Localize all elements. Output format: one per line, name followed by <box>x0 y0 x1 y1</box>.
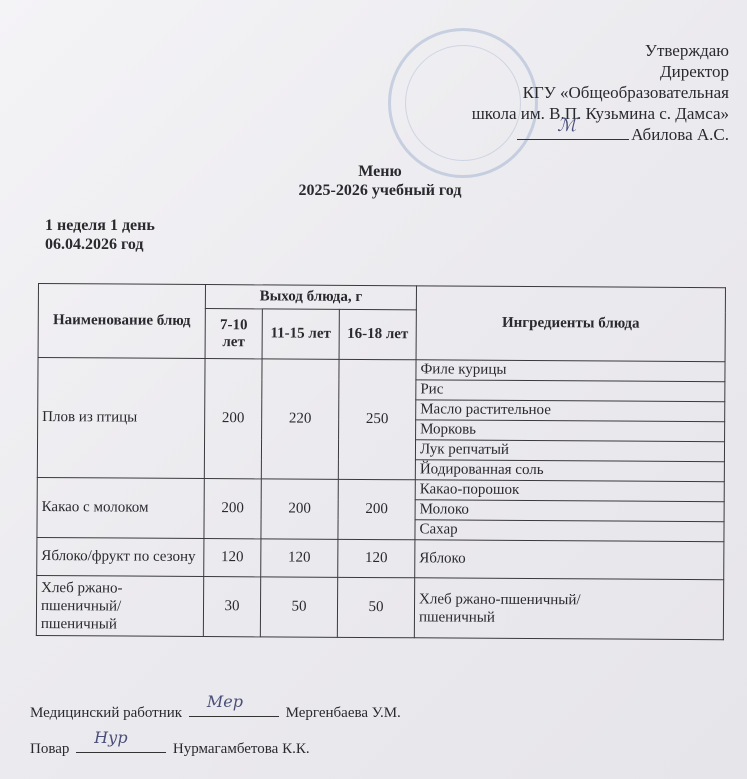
table-row: Хлеб ржано-пшеничный/ пшеничный 30 50 50… <box>36 575 723 639</box>
medic-signature-row: Медицинский работник Мер Мергенбаева У.М… <box>30 704 401 722</box>
yield-11-15: 50 <box>260 577 337 637</box>
yield-7-10: 200 <box>204 359 262 479</box>
approval-line: Директор <box>472 61 729 82</box>
dish-name: Яблоко/фрукт по сезону <box>37 537 204 576</box>
cook-signature-row: Повар Нур Нурмагамбетова К.К. <box>30 740 310 758</box>
ingredient: Рис <box>416 380 725 402</box>
approval-line: школа им. В.П. Кузьмина с. Дамса» <box>472 103 729 124</box>
approval-line: Утверждаю <box>472 40 729 61</box>
cook-role: Повар <box>30 741 69 757</box>
signature-line: Мер <box>189 704 279 717</box>
cook-signature: Нур <box>94 728 127 747</box>
yield-11-15: 120 <box>261 539 338 577</box>
yield-11-15: 200 <box>261 479 338 539</box>
yield-11-15: 220 <box>261 359 339 479</box>
ingredient: Яблоко <box>415 540 724 580</box>
medic-signature: Мер <box>207 692 243 711</box>
ingredient: Лук репчатый <box>415 440 724 462</box>
menu-date: 06.04.2026 год <box>45 235 155 254</box>
ingredient: Хлеб ржано-пшеничный/ пшеничный <box>414 578 723 640</box>
table-row: Плов из птицы 200 220 250 Филе курицы <box>38 358 725 382</box>
signature-line: Нур <box>76 740 166 753</box>
ingredient: Филе курицы <box>416 360 725 382</box>
ingredient: Сахар <box>415 520 724 542</box>
medic-role: Медицинский работник <box>30 705 182 721</box>
table-row: Какао с молоком 200 200 200 Какао-порошо… <box>37 477 724 501</box>
approval-signature-row: ℳАбилова А.С. <box>472 124 729 145</box>
ingredient: Йодированная соль <box>415 460 724 482</box>
yield-16-18: 120 <box>338 539 415 577</box>
signature-line: ℳ <box>517 125 629 140</box>
header-ingredients: Ингредиенты блюда <box>416 286 725 362</box>
cook-name: Нурмагамбетова К.К. <box>173 741 310 757</box>
ingredient: Морковь <box>416 420 725 442</box>
header-yield: Выход блюда, г <box>205 285 416 310</box>
header-age-7-10: 7-10 лет <box>205 309 262 359</box>
yield-7-10: 200 <box>204 479 261 539</box>
yield-16-18: 50 <box>337 577 414 637</box>
medic-name: Мергенбаева У.М. <box>286 705 401 721</box>
menu-table: Наименование блюд Выход блюда, г Ингреди… <box>36 283 726 640</box>
title-menu: Меню <box>240 162 520 181</box>
ingredient-text: Хлеб ржано-пшеничный/ пшеничный <box>419 590 619 627</box>
ingredient: Масло растительное <box>416 400 725 422</box>
yield-7-10: 30 <box>203 577 260 637</box>
dish-name: Плов из птицы <box>37 358 205 479</box>
table-row: Яблоко/фрукт по сезону 120 120 120 Яблок… <box>37 537 724 579</box>
document-title: Меню 2025-2026 учебный год <box>240 162 520 200</box>
period-block: 1 неделя 1 день 06.04.2026 год <box>45 216 155 254</box>
ingredient: Какао-порошок <box>415 480 724 502</box>
header-age-16-18: 16-18 лет <box>339 309 416 359</box>
yield-7-10: 120 <box>204 539 261 577</box>
director-name: Абилова А.С. <box>631 125 729 144</box>
approval-block: Утверждаю Директор КГУ «Общеобразователь… <box>472 40 729 145</box>
yield-16-18: 250 <box>338 359 416 479</box>
approval-line: КГУ «Общеобразовательная <box>472 82 729 103</box>
header-dish-name: Наименование блюд <box>38 284 205 359</box>
dish-name: Какао с молоком <box>37 477 204 538</box>
director-signature: ℳ <box>557 115 576 136</box>
dish-name: Хлеб ржано-пшеничный/ пшеничный <box>36 575 203 636</box>
dish-name-text: Хлеб ржано-пшеничный/ пшеничный <box>41 579 136 634</box>
week-day: 1 неделя 1 день <box>45 216 155 235</box>
yield-16-18: 200 <box>338 479 415 539</box>
title-year: 2025-2026 учебный год <box>240 181 520 200</box>
header-age-11-15: 11-15 лет <box>262 309 339 359</box>
ingredient: Молоко <box>415 500 724 522</box>
